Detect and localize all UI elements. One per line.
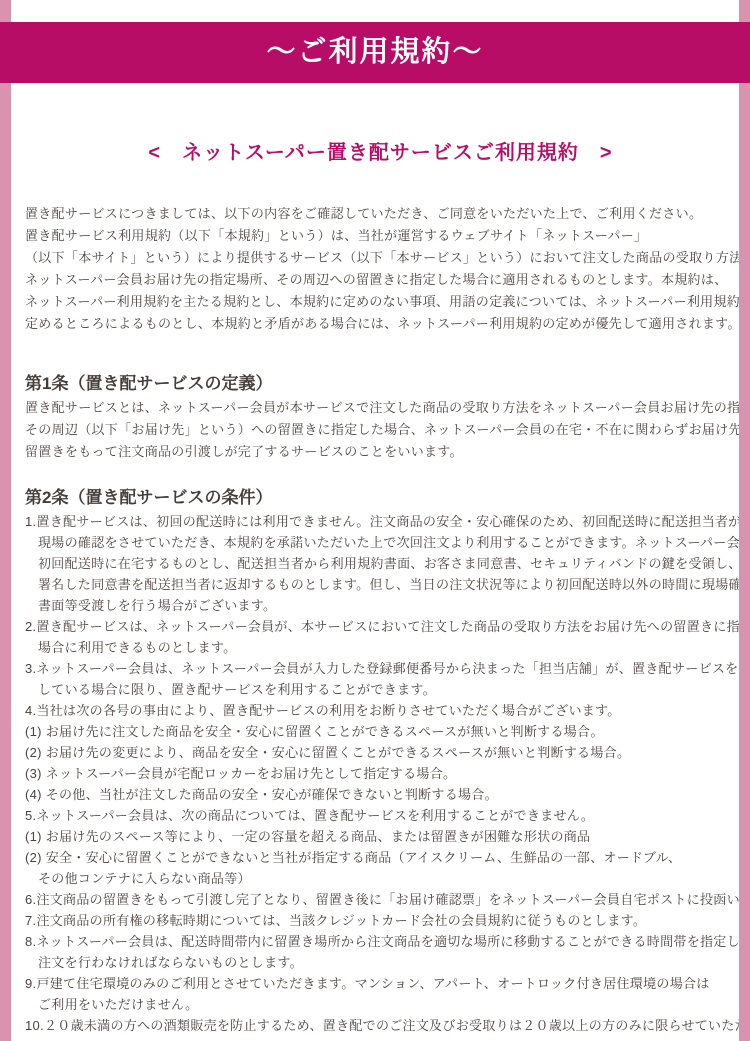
- intro-line: 置き配サービス利用規約（以下「本規約」という）は、当社が運営するウェブサイト「ネ…: [25, 225, 736, 247]
- article-2-line: 初回配送時に在宅するものとし、配送担当者から利用規約書面、お客さま同意書、セキュ…: [25, 553, 736, 574]
- article-2-line: その他コンテナに入らない商品等）: [25, 868, 736, 889]
- article-2-line: 9.戸建て住宅環境のみのご利用とさせていただきます。マンション、アパート、オート…: [25, 973, 736, 994]
- article-2-line: (3) ネットスーパー会員が宅配ロッカーをお届け先として指定する場合。: [25, 763, 736, 784]
- article-2-line: 10.２０歳未満の方への酒類販売を防止するため、置き配でのご注文及びお受取りは２…: [25, 1015, 736, 1036]
- article-2-line: 書面等受渡しを行う場合がございます。: [25, 595, 736, 616]
- top-whitespace: [0, 0, 750, 22]
- article-2-line: (4) その他、当社が注文した商品の安全・安心が確保できないと判断する場合。: [25, 784, 736, 805]
- article-2-line: 5.ネットスーパー会員は、次の商品については、置き配サービスを利用することができ…: [25, 805, 736, 826]
- article-2-line: 7.注文商品の所有権の移転時期については、当該クレジットカード会社の会員規約に従…: [25, 910, 736, 931]
- article-2-line: 3.ネットスーパー会員は、ネットスーパー会員が入力した登録郵便番号から決まった「…: [25, 658, 736, 679]
- article-2-line: している場合に限り、置き配サービスを利用することができます。: [25, 679, 736, 700]
- terms-page: ～ご利用規約～ < ネットスーパー置き配サービスご利用規約 > 置き配サービスに…: [0, 0, 750, 1041]
- article-2-line: (2) 安全・安心に留置くことができないと当社が指定する商品（アイスクリーム、生…: [25, 847, 736, 868]
- intro-line: ネットスーパー利用規約を主たる規約とし、本規約に定めのない事項、用語の定義につい…: [25, 291, 736, 313]
- left-border-strip: [0, 0, 11, 1041]
- article-2-line: (2) お届け先の変更により、商品を安全・安心に留置くことができるスペースが無い…: [25, 742, 736, 763]
- article-2-body: 1.置き配サービスは、初回の配送時には利用できません。注文商品の安全・安心確保の…: [25, 511, 736, 1036]
- article-2-line: 8.ネットスーパー会員は、配送時間帯内に留置き場所から注文商品を適切な場所に移動…: [25, 931, 736, 952]
- article-2-line: (1) お届け先のスペース等により、一定の容量を超える商品、または留置きが困難な…: [25, 826, 736, 847]
- document-title: < ネットスーパー置き配サービスご利用規約 >: [25, 141, 736, 165]
- intro-line: （以下「本サイト」という）により提供するサービス（以下「本サービス」という）にお…: [25, 247, 736, 269]
- article-2-heading: 第2条（置き配サービスの条件）: [25, 485, 736, 511]
- article-2-line: 6.注文商品の留置きをもって引渡し完了となり、留置き後に「お届け確認票」をネット…: [25, 889, 736, 910]
- header-banner: ～ご利用規約～: [0, 22, 750, 83]
- article-2-line: 注文を行わなければならないものとします。: [25, 952, 736, 973]
- intro-paragraph: 置き配サービスにつきましては、以下の内容をご確認していただき、ご同意をいただいた…: [25, 203, 736, 335]
- article-1-line: 留置きをもって注文商品の引渡しが完了するサービスのことをいいます。: [25, 441, 736, 463]
- right-border-strip: [739, 0, 750, 1041]
- article-2-line: 現場の確認をさせていただき、本規約を承諾いただいた上で次回注文より利用することが…: [25, 532, 736, 553]
- article-2-line: 場合に利用できるものとします。: [25, 637, 736, 658]
- article-2-line: (1) お届け先に注文した商品を安全・安心に留置くことができるスペースが無いと判…: [25, 721, 736, 742]
- article-2-line: 2.置き配サービスは、ネットスーパー会員が、本サービスにおいて注文した商品の受取…: [25, 616, 736, 637]
- article-2-line: 4.当社は次の各号の事由により、置き配サービスの利用をお断りさせていただく場合が…: [25, 700, 736, 721]
- intro-line: 定めるところによるものとし、本規約と矛盾がある場合には、ネットスーパー利用規約の…: [25, 313, 736, 335]
- article-1-line: その周辺（以下「お届け先」という）への留置きに指定した場合、ネットスーパー会員の…: [25, 419, 736, 441]
- article-2-line: 署名した同意書を配送担当者に返却するものとします。但し、当日の注文状況等により初…: [25, 574, 736, 595]
- article-1-section: 第1条（置き配サービスの定義） 置き配サービスとは、ネットスーパー会員が本サービ…: [25, 371, 736, 463]
- intro-line: ネットスーパー会員お届け先の指定場所、その周辺への留置きに指定した場合に適用され…: [25, 269, 736, 291]
- article-1-heading: 第1条（置き配サービスの定義）: [25, 371, 736, 397]
- article-2-section: 第2条（置き配サービスの条件） 1.置き配サービスは、初回の配送時には利用できま…: [25, 485, 736, 1036]
- article-2-line: ご利用をいただけません。: [25, 994, 736, 1015]
- intro-line: 置き配サービスにつきましては、以下の内容をご確認していただき、ご同意をいただいた…: [25, 203, 736, 225]
- article-1-body: 置き配サービスとは、ネットスーパー会員が本サービスで注文した商品の受取り方法をネ…: [25, 397, 736, 463]
- article-2-line: 1.置き配サービスは、初回の配送時には利用できません。注文商品の安全・安心確保の…: [25, 511, 736, 532]
- banner-title: ～ご利用規約～: [266, 38, 483, 67]
- article-1-line: 置き配サービスとは、ネットスーパー会員が本サービスで注文した商品の受取り方法をネ…: [25, 397, 736, 419]
- terms-content: < ネットスーパー置き配サービスご利用規約 > 置き配サービスにつきましては、以…: [0, 141, 750, 1036]
